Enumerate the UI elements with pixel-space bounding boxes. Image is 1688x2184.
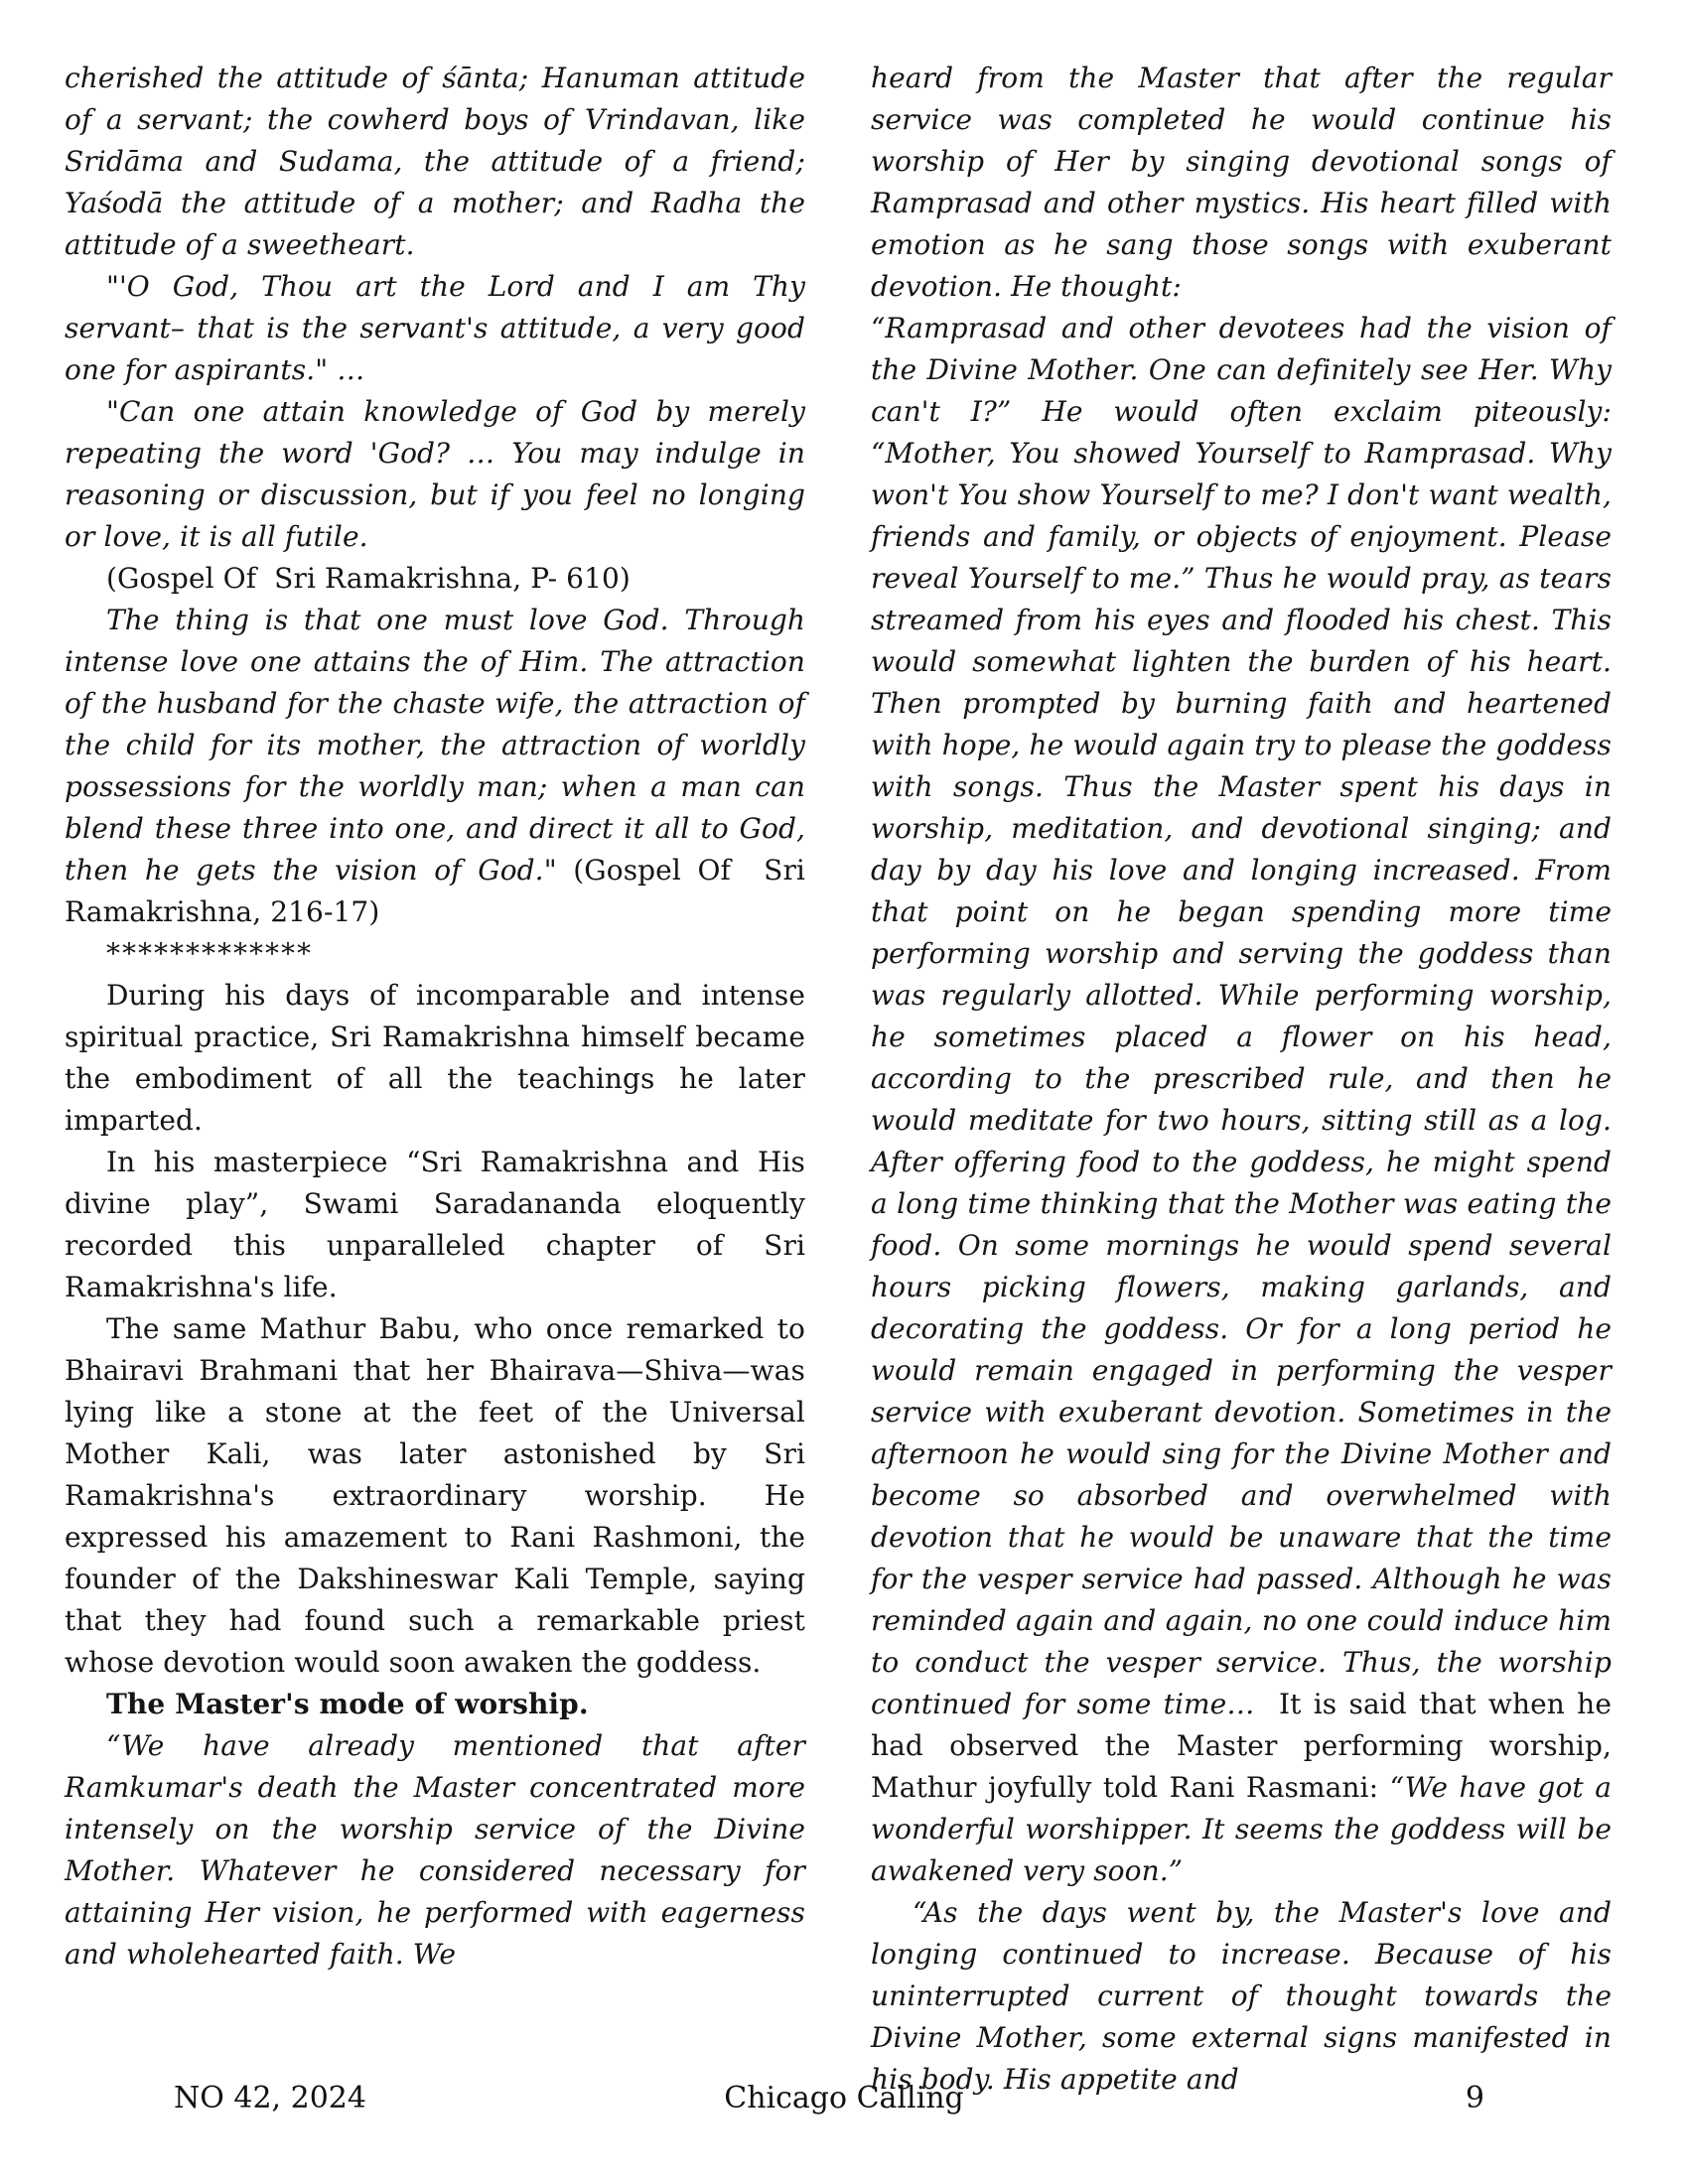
paragraph: "Can one attain knowledge of God by mere…: [65, 391, 805, 558]
paragraph: The same Mathur Babu, who once remarked …: [65, 1308, 805, 1684]
text-segment-asterisks: *************: [106, 937, 313, 970]
text-segment-italic: “Ramprasad and other devotees had the vi…: [871, 312, 1612, 1720]
paragraph: cherished the attitude of śānta; Hanuman…: [65, 58, 805, 266]
text-segment-italic: “We have already mentioned that after Ra…: [65, 1729, 805, 1971]
text-segment-italic: The thing is that one must love God. Thr…: [65, 604, 805, 887]
magazine-page: cherished the attitude of śānta; Hanuman…: [0, 0, 1688, 2184]
text-segment-italic: "Can one attain knowledge of God by mere…: [65, 395, 805, 553]
text-segment-bold: The Master's mode of worship.: [106, 1688, 589, 1720]
text-segment-regular: In his masterpiece “Sri Ramakrishna and …: [65, 1146, 805, 1303]
text-segment-italic: cherished the attitude of śānta; Hanuman…: [65, 62, 805, 261]
page-footer: NO 42, 2024 Chicago Calling 9: [0, 2078, 1688, 2119]
footer-page-number: 9: [1466, 2078, 1484, 2119]
paragraph: During his days of incomparable and inte…: [65, 975, 805, 1142]
article-body: cherished the attitude of śānta; Hanuman…: [65, 58, 1612, 2101]
paragraph: “Ramprasad and other devotees had the vi…: [871, 308, 1612, 1892]
text-segment-regular: (Gospel Of Sri Ramakrishna, P- 610): [106, 562, 631, 595]
paragraph: "'O God, Thou art the Lord and I am Thy …: [65, 266, 805, 391]
paragraph: The thing is that one must love God. Thr…: [65, 600, 805, 933]
paragraph: “We have already mentioned that after Ra…: [65, 1725, 805, 1976]
paragraph: heard from the Master that after the reg…: [871, 58, 1612, 308]
text-segment-regular: The same Mathur Babu, who once remarked …: [65, 1312, 805, 1679]
footer-publication-title: Chicago Calling: [0, 2078, 1688, 2119]
text-segment-italic: heard from the Master that after the reg…: [871, 62, 1612, 303]
paragraph: *************: [65, 933, 805, 975]
paragraph: The Master's mode of worship.: [65, 1684, 805, 1725]
text-segment-italic: "'O God, Thou art the Lord and I am Thy …: [65, 270, 805, 386]
paragraph: (Gospel Of Sri Ramakrishna, P- 610): [65, 558, 805, 600]
text-column-left: cherished the attitude of śānta; Hanuman…: [65, 58, 805, 2101]
text-segment-regular: During his days of incomparable and inte…: [65, 979, 805, 1137]
paragraph: “As the days went by, the Master's love …: [871, 1892, 1612, 2101]
paragraph: In his masterpiece “Sri Ramakrishna and …: [65, 1142, 805, 1308]
text-segment-italic: “As the days went by, the Master's love …: [871, 1896, 1612, 2096]
text-column-right: heard from the Master that after the reg…: [871, 58, 1612, 2101]
